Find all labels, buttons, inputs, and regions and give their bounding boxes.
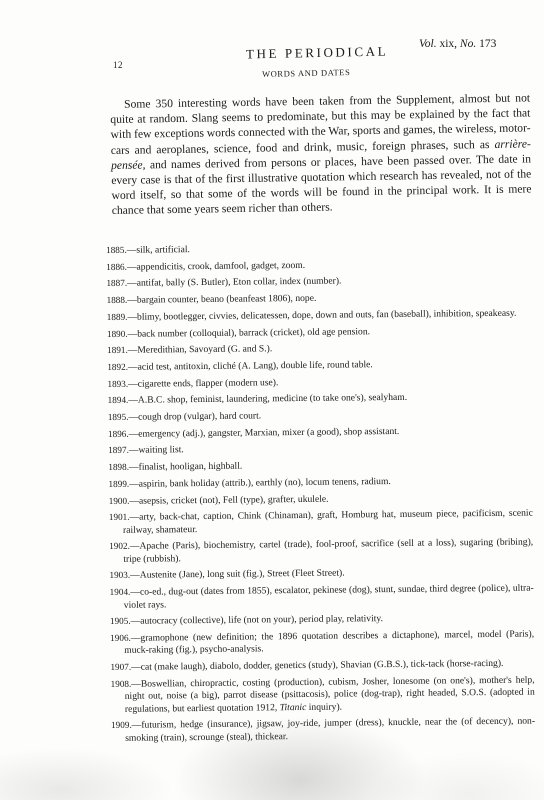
entry-year: 1900. (109, 495, 130, 505)
entry-words: —cat (make laugh), diabolo, dodder, gene… (131, 658, 503, 673)
entry-words: —futurism, hedge (insurance), jigsaw, jo… (125, 716, 535, 744)
list-item: 1899.—aspirin, bank holiday (attrib.), e… (108, 473, 532, 491)
number-value: 173 (476, 38, 496, 50)
list-item: 1903.—Austenite (Jane), long suit (fig.)… (109, 565, 533, 583)
list-item: 1888.—bargain counter, beano (beanfeast … (107, 290, 531, 308)
list-item: 1892.—acid test, antitoxin, cliché (A. L… (107, 356, 531, 374)
volume-numeral: xix, (437, 38, 460, 50)
page-number: 12 (113, 60, 123, 70)
list-item: 1900.—asepsis, cricket (not), Fell (type… (109, 490, 533, 508)
entry-words: —Austenite (Jane), long suit (fig.), Str… (130, 568, 345, 581)
entry-year: 1892. (107, 362, 128, 372)
entry-words: —autocracy (collective), life (not on yo… (131, 613, 383, 627)
entry-year: 1901. (109, 512, 130, 522)
list-item: 1885.—silk, artificial. (106, 240, 530, 258)
number-label: No. (460, 38, 476, 50)
entry-year: 1886. (106, 261, 127, 271)
entry-words: —silk, artificial. (127, 244, 190, 256)
list-item: 1890.—back number (colloquial), barrack … (107, 323, 531, 341)
entry-words: —bargain counter, beano (beanfeast 1806)… (127, 293, 316, 306)
list-item: 1893.—cigarette ends, flapper (modern us… (107, 373, 531, 391)
list-item: 1901.—arty, back-chat, caption, Chink (C… (109, 507, 533, 537)
volume-label: Vol. (419, 38, 437, 50)
intro-text: Some 350 interesting words have been tak… (110, 91, 530, 156)
list-item: 1897.—waiting list. (108, 440, 532, 458)
word-date-list: 1885.—silk, artificial. 1886.—appendicit… (106, 240, 535, 749)
list-item: 1889.—blimy, bootlegger, civvies, delica… (107, 306, 531, 324)
list-item: 1898.—finalist, hooligan, highball. (108, 457, 532, 475)
list-item: 1895.—cough drop (vulgar), hard court. (108, 407, 532, 425)
entry-words: —A.B.C. shop, feminist, laundering, medi… (128, 392, 407, 406)
entry-year: 1903. (109, 570, 130, 580)
entry-words: —Apache (Paris), biochemistry, cartel (t… (123, 537, 533, 565)
entry-words: —arty, back-chat, caption, Chink (Chinam… (123, 508, 533, 536)
list-item: 1886.—appendicitis, crook, damfool, gadg… (106, 256, 530, 274)
entry-year: 1906. (110, 633, 131, 643)
running-title: THE PERIODICAL (246, 44, 389, 63)
list-item: 1907.—cat (make laugh), diabolo, dodder,… (110, 657, 534, 675)
entry-year: 1888. (107, 295, 128, 305)
entry-year: 1907. (110, 662, 131, 672)
intro-paragraph: Some 350 interesting words have been tak… (110, 90, 532, 218)
volume-number: Vol. xix, No. 173 (419, 38, 496, 50)
intro-text-continued: , and names derived from persons or plac… (111, 152, 531, 217)
entry-year: 1904. (110, 587, 131, 597)
entry-words: —cigarette ends, flapper (modern use). (128, 377, 278, 390)
list-item: 1906.—gramophone (new definition; the 18… (110, 628, 534, 658)
entry-words: —blimy, bootlegger, civvies, delicatesse… (127, 308, 516, 323)
entry-words: —finalist, hooligan, highball. (129, 461, 242, 473)
entry-words: —Meredithian, Savoyard (G. and S.). (128, 343, 273, 356)
list-item: 1894.—A.B.C. shop, feminist, laundering,… (108, 390, 532, 408)
entry-words: —cough drop (vulgar), hard court. (128, 410, 261, 422)
entry-words: —appendicitis, crook, damfool, gadget, z… (127, 260, 305, 273)
entry-year: 1896. (108, 429, 129, 439)
entry-year: 1902. (109, 541, 130, 551)
list-item: 1905.—autocracy (collective), life (not … (110, 611, 534, 629)
entry-words: —co-ed., dug-out (dates from 1855), esca… (124, 583, 534, 611)
entry-year: 1885. (106, 245, 127, 255)
entry-year: 1905. (110, 616, 131, 626)
entry-year: 1909. (111, 720, 132, 730)
entry-words: —aspirin, bank holiday (attrib.), earthl… (129, 476, 391, 490)
entry-words: —antifat, bally (S. Butler), Eton collar… (127, 276, 341, 289)
entry-italic-word: Titanic (280, 702, 307, 713)
list-item: 1909.—futurism, hedge (insurance), jigsa… (111, 715, 535, 745)
list-item: 1908.—Boswellian, chiropractic, costing … (111, 673, 535, 716)
entry-words: —waiting list. (129, 445, 184, 457)
section-title: WORDS AND DATES (262, 67, 351, 79)
list-item: 1902.—Apache (Paris), biochemistry, cart… (109, 536, 533, 566)
document-page: 12 THE PERIODICAL Vol. xix, No. 173 WORD… (0, 0, 544, 800)
entry-year: 1908. (111, 679, 132, 689)
entry-year: 1895. (108, 412, 129, 422)
entry-words: —acid test, antitoxin, cliché (A. Lang),… (128, 359, 373, 373)
entry-year: 1889. (107, 312, 128, 322)
list-item: 1887.—antifat, bally (S. Butler), Eton c… (106, 273, 530, 291)
list-item: 1896.—emergency (adj.), gangster, Marxia… (108, 423, 532, 441)
entry-year: 1890. (107, 328, 128, 338)
list-item: 1891.—Meredithian, Savoyard (G. and S.). (107, 340, 531, 358)
entry-year: 1891. (107, 345, 128, 355)
entry-words: —back number (colloquial), barrack (cric… (128, 326, 371, 340)
entry-year: 1894. (108, 395, 129, 405)
entry-words: —gramophone (new definition; the 1896 qu… (124, 629, 534, 657)
entry-year: 1899. (108, 479, 129, 489)
entry-words-tail: inquiry). (306, 701, 342, 712)
list-item: 1904.—co-ed., dug-out (dates from 1855),… (110, 582, 534, 612)
entry-year: 1893. (107, 378, 128, 388)
entry-year: 1897. (108, 445, 129, 455)
entry-year: 1887. (106, 278, 127, 288)
entry-year: 1898. (108, 462, 129, 472)
entry-words: —asepsis, cricket (not), Fell (type), gr… (129, 493, 328, 506)
entry-words: —emergency (adj.), gangster, Marxian, mi… (129, 426, 400, 440)
